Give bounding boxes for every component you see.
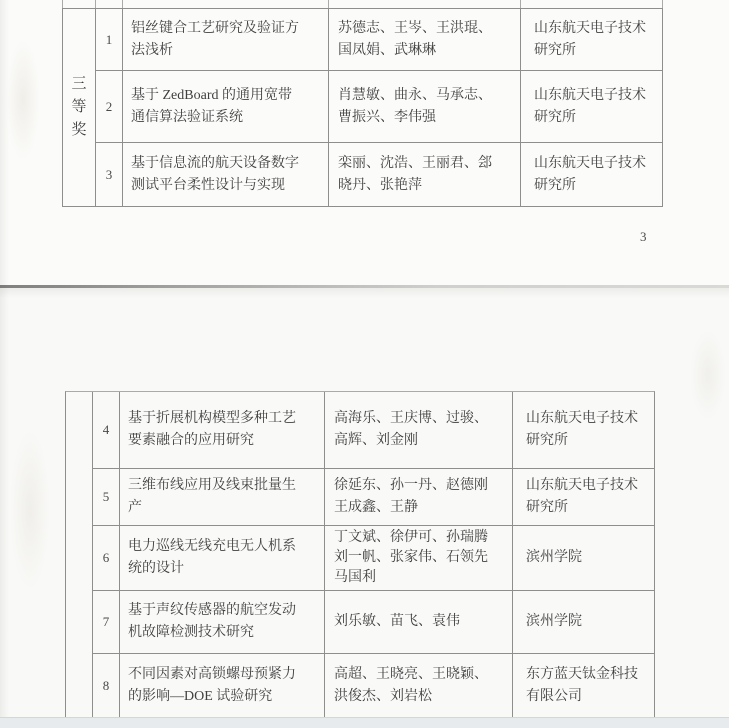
table-row: 1 铝丝键合工艺研究及验证方 法浅析 苏德志、王岑、王洪琨、 国凤娟、武琳琳 山… (96, 9, 662, 71)
table-row: 3 基于信息流的航天设备数字 测试平台柔性设计与实现 栾丽、沈浩、王丽君、郐 晓… (96, 143, 662, 206)
project-title: 基于 ZedBoard 的通用宽带 通信算法验证系统 (123, 71, 329, 142)
row-number: 8 (93, 654, 120, 717)
table-row: 7 基于声纹传感器的航空发动 机故障检测技术研究 刘乐敏、苗飞、袁伟 滨州学院 (93, 591, 654, 654)
awards-table-page1: 三等奖 1 铝丝键合工艺研究及验证方 法浅析 苏德志、王岑、王洪琨、 国凤娟、武… (62, 8, 663, 207)
project-title: 不同因素对高锁螺母预紧力 的影响—DOE 试验研究 (120, 654, 325, 717)
table-border-stub (122, 0, 123, 8)
document-page-1: 三等奖 1 铝丝键合工艺研究及验证方 法浅析 苏德志、王岑、王洪琨、 国凤娟、武… (0, 0, 729, 286)
organization: 东方蓝天钛金科技 有限公司 (513, 654, 654, 717)
table-row: 2 基于 ZedBoard 的通用宽带 通信算法验证系统 肖慧敏、曲永、马承志、… (96, 71, 662, 143)
team-members: 肖慧敏、曲永、马承志、 曹振兴、李伟强 (329, 71, 521, 142)
table-border-stub (95, 0, 96, 8)
scan-bottom-edge (0, 717, 729, 728)
awards-table-page2: 4 基于折展机构模型多种工艺 要素融合的应用研究 高海乐、王庆博、过骏、 高辉、… (65, 391, 655, 718)
page-edge-shadow (0, 288, 729, 298)
row-number: 1 (96, 9, 123, 70)
scan-left-edge-shade (0, 0, 9, 728)
team-members: 栾丽、沈浩、王丽君、郐 晓丹、张艳萍 (329, 143, 521, 206)
project-title: 三维布线应用及线束批量生 产 (120, 469, 325, 525)
table-border-stub (520, 0, 521, 8)
document-page-2: 4 基于折展机构模型多种工艺 要素融合的应用研究 高海乐、王庆博、过骏、 高辉、… (0, 288, 729, 728)
organization: 滨州学院 (513, 526, 654, 590)
team-members: 高海乐、王庆博、过骏、 高辉、刘金刚 (325, 392, 513, 468)
table-border-stub (662, 0, 663, 8)
page-number: 3 (640, 229, 647, 245)
table-border-stub (62, 0, 63, 8)
team-members: 徐延东、孙一丹、赵德刚 王成鑫、王静 (325, 469, 513, 525)
table-row: 6 电力巡线无线充电无人机系 统的设计 丁文斌、徐伊可、孙瑞腾 刘一帆、张家伟、… (93, 526, 654, 591)
organization: 山东航天电子技术 研究所 (513, 392, 654, 468)
table-row: 4 基于折展机构模型多种工艺 要素融合的应用研究 高海乐、王庆博、过骏、 高辉、… (93, 392, 654, 469)
table-row: 5 三维布线应用及线束批量生 产 徐延东、孙一丹、赵德刚 王成鑫、王静 山东航天… (93, 469, 654, 526)
team-members: 丁文斌、徐伊可、孙瑞腾 刘一帆、张家伟、石领先 马国利 (325, 526, 513, 590)
row-number: 2 (96, 71, 123, 142)
organization: 滨州学院 (513, 591, 654, 653)
row-number: 3 (96, 143, 123, 206)
organization: 山东航天电子技术 研究所 (521, 9, 662, 70)
organization: 山东航天电子技术 研究所 (521, 71, 662, 142)
team-members: 高超、王晓亮、王晓颖、 洪俊杰、刘岩松 (325, 654, 513, 717)
team-members: 苏德志、王岑、王洪琨、 国凤娟、武琳琳 (329, 9, 521, 70)
row-number: 5 (93, 469, 120, 525)
project-title: 基于折展机构模型多种工艺 要素融合的应用研究 (120, 392, 325, 468)
table-row: 8 不同因素对高锁螺母预紧力 的影响—DOE 试验研究 高超、王晓亮、王晓颖、 … (93, 654, 654, 717)
project-title: 基于声纹传感器的航空发动 机故障检测技术研究 (120, 591, 325, 653)
award-category-cell: 三等奖 (63, 9, 96, 206)
row-number: 4 (93, 392, 120, 468)
project-title: 铝丝键合工艺研究及验证方 法浅析 (123, 9, 329, 70)
award-category-cell-continued (66, 392, 93, 718)
row-number: 7 (93, 591, 120, 653)
project-title: 电力巡线无线充电无人机系 统的设计 (120, 526, 325, 590)
award-category-label: 三等奖 (71, 73, 88, 142)
organization: 山东航天电子技术 研究所 (513, 469, 654, 525)
table-border-stub (328, 0, 329, 8)
row-number: 6 (93, 526, 120, 590)
team-members: 刘乐敏、苗飞、袁伟 (325, 591, 513, 653)
scanned-document: 三等奖 1 铝丝键合工艺研究及验证方 法浅析 苏德志、王岑、王洪琨、 国凤娟、武… (0, 0, 729, 728)
organization: 山东航天电子技术 研究所 (521, 143, 662, 206)
project-title: 基于信息流的航天设备数字 测试平台柔性设计与实现 (123, 143, 329, 206)
